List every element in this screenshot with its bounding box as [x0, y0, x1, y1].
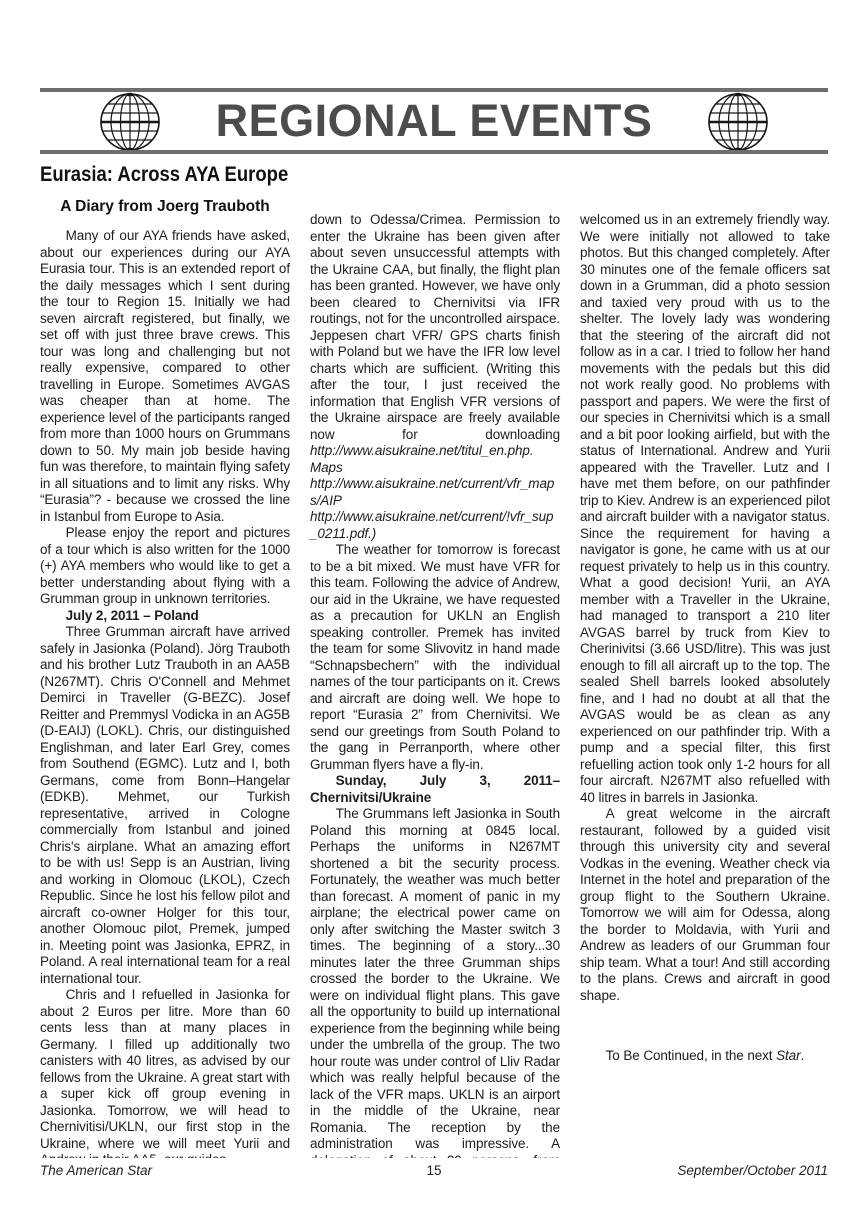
- text-run: To Be Continued, in the next: [606, 1048, 776, 1063]
- text-run: The weather for tomorrow is forecast to …: [310, 542, 560, 772]
- text-run: Please enjoy the report and pictures of …: [40, 525, 290, 606]
- paragraph: Three Grumman aircraft have arrived safe…: [40, 624, 290, 987]
- paragraph: A great welcome in the aircraft restaura…: [580, 806, 830, 1004]
- text-run: A great welcome in the aircraft restaura…: [580, 806, 830, 1003]
- paragraph: The weather for tomorrow is forecast to …: [310, 542, 560, 773]
- text-run: down to Odessa/Crimea. Permission to ent…: [310, 212, 560, 442]
- paragraph: Please enjoy the report and pictures of …: [40, 525, 290, 608]
- text-run: Chris and I refuelled in Jasionka for ab…: [40, 987, 290, 1158]
- text-run: Star: [776, 1048, 800, 1063]
- header-rule-bottom: [40, 150, 828, 154]
- text-run: http://www.aisukraine.net/titul_en.php. …: [310, 443, 554, 541]
- article-body: Many of our AYA friends have asked, abou…: [40, 212, 830, 1158]
- paragraph: Chris and I refuelled in Jasionka for ab…: [40, 987, 290, 1158]
- footer-issue-date: September/October 2011: [677, 1163, 828, 1178]
- text-run: .: [800, 1048, 804, 1063]
- text-run: welcomed us in an extremely friendly way…: [580, 212, 830, 805]
- date-heading: July 2, 2011 – Poland: [40, 608, 290, 625]
- text-run: July 2, 2011 – Poland: [66, 608, 199, 623]
- paragraph: down to Odessa/Crimea. Permission to ent…: [310, 212, 560, 542]
- date-heading: Sunday, July 3, 2011– Chernivitsi/Ukrain…: [310, 773, 560, 806]
- paragraph: welcomed us in an extremely friendly way…: [580, 212, 830, 806]
- paragraph: To Be Continued, in the next Star.: [580, 1048, 830, 1065]
- paragraph: Many of our AYA friends have asked, abou…: [40, 228, 290, 525]
- article-title: Eurasia: Across AYA Europe: [40, 163, 288, 187]
- magazine-page: REGIONAL EVENTS Eurasia: Across AYA Euro…: [0, 0, 868, 1228]
- text-run: The Grummans left Jasionka in South Pola…: [310, 806, 560, 1158]
- globe-icon: [706, 92, 770, 152]
- text-column-1: Many of our AYA friends have asked, abou…: [40, 212, 290, 1158]
- text-column-2: down to Odessa/Crimea. Permission to ent…: [310, 212, 560, 1158]
- text-column-3: welcomed us in an extremely friendly way…: [580, 212, 830, 1158]
- text-run: Many of our AYA friends have asked, abou…: [40, 228, 290, 524]
- text-run: Sunday, July 3, 2011– Chernivitsi/Ukrain…: [310, 773, 560, 805]
- text-run: Three Grumman aircraft have arrived safe…: [40, 624, 290, 986]
- paragraph: The Grummans left Jasionka in South Pola…: [310, 806, 560, 1158]
